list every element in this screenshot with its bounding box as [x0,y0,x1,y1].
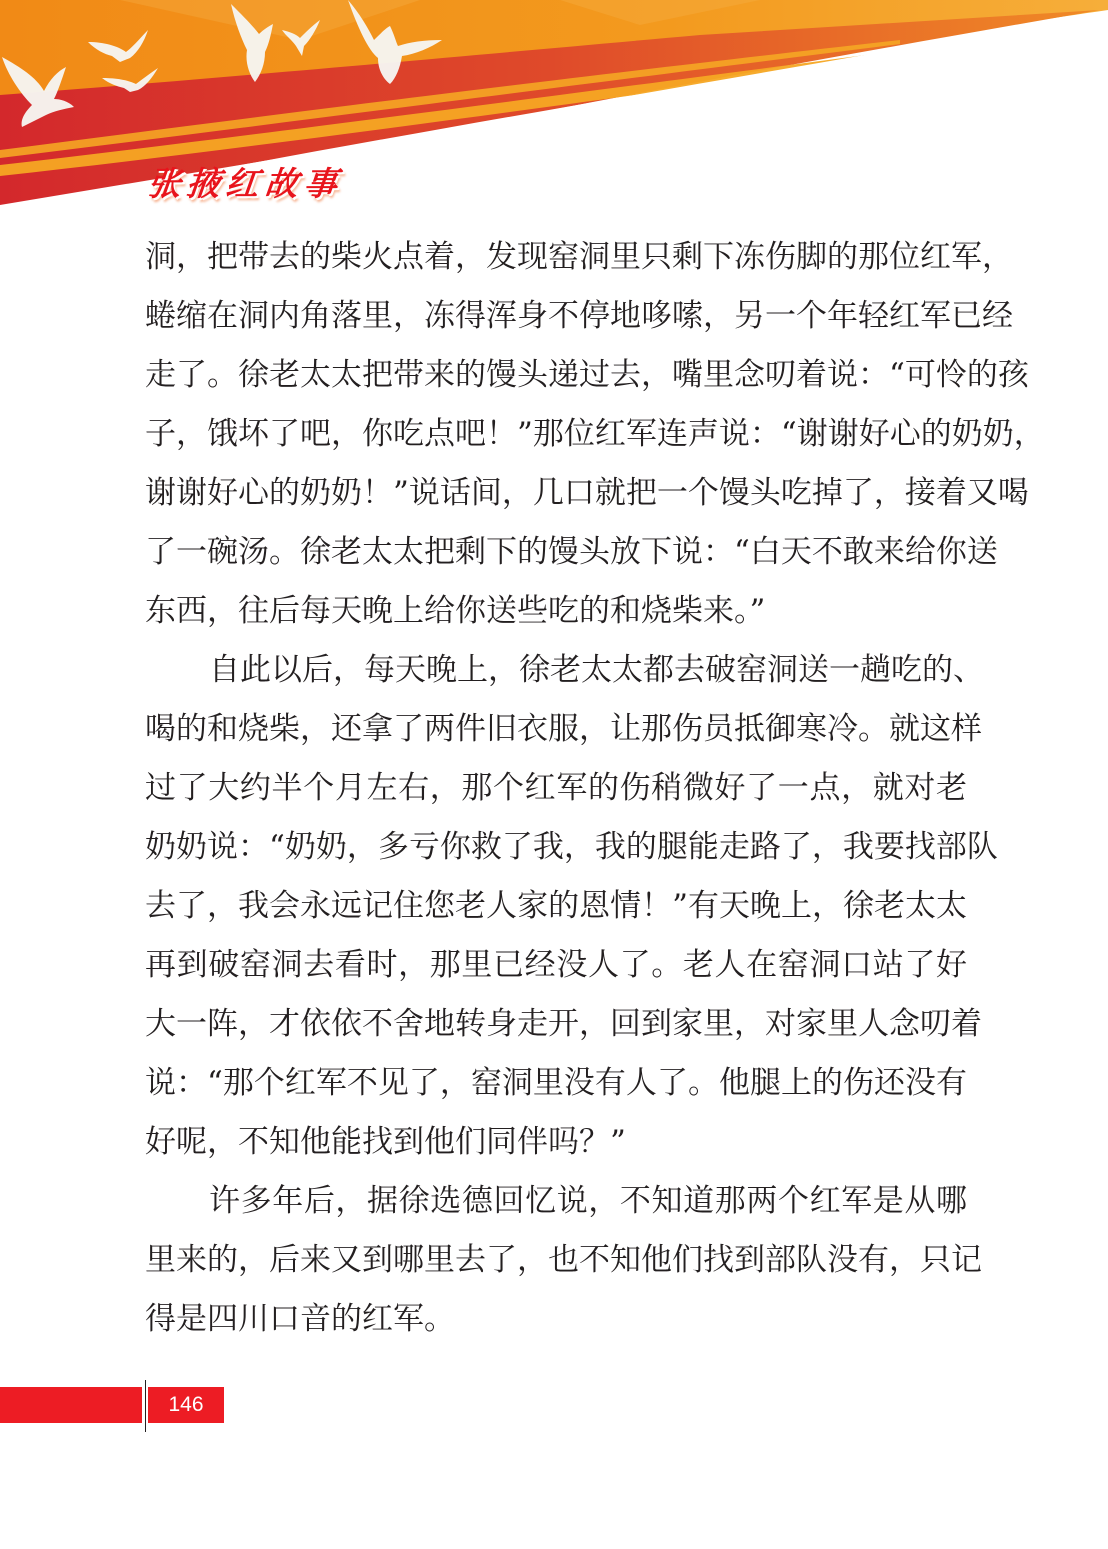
text-line: 了一碗汤。徐老太太把剩下的馒头放下说：“白天不敢来给你送 [145,527,967,586]
text-line: 洞，把带去的柴火点着，发现窑洞里只剩下冻伤脚的那位红军， [145,232,967,291]
text-line: 东西，往后每天晚上给你送些吃的和烧柴来。” [145,586,967,645]
text-line: 子，饿坏了吧，你吃点吧！”那位红军连声说：“谢谢好心的奶奶， [145,409,967,468]
text-line: 喝的和烧柴，还拿了两件旧衣服，让那伤员抵御寒冷。就这样 [145,704,967,763]
series-title: 张掖红故事 [146,158,346,205]
paragraph-start-line: 许多年后，据徐选德回忆说，不知道那两个红军是从哪 [145,1176,967,1235]
text-line: 再到破窑洞去看时，那里已经没人了。老人在窑洞口站了好 [145,940,967,999]
page-number: 146 [148,1387,224,1423]
text-line: 好呢，不知他能找到他们同伴吗？” [145,1117,967,1176]
text-line: 走了。徐老太太把带来的馒头递过去，嘴里念叨着说：“可怜的孩 [145,350,967,409]
footer-accent-bar [0,1387,142,1423]
text-line: 去了，我会永远记住您老人家的恩情！”有天晚上，徐老太太 [145,881,967,940]
footer-divider [145,1380,146,1432]
text-line: 里来的，后来又到哪里去了，也不知他们找到部队没有，只记 [145,1235,967,1294]
paragraph-start-line: 自此以后，每天晚上，徐老太太都去破窑洞送一趟吃的、 [145,645,967,704]
text-line: 蜷缩在洞内角落里，冻得浑身不停地哆嗦，另一个年轻红军已经 [145,291,967,350]
text-line: 得是四川口音的红军。 [145,1294,967,1353]
text-line: 说：“那个红军不见了，窑洞里没有人了。他腿上的伤还没有 [145,1058,967,1117]
body-text: 洞，把带去的柴火点着，发现窑洞里只剩下冻伤脚的那位红军， 蜷缩在洞内角落里，冻得… [145,232,967,1353]
text-line: 奶奶说：“奶奶，多亏你救了我，我的腿能走路了，我要找部队 [145,822,967,881]
text-line: 过了大约半个月左右，那个红军的伤稍微好了一点，就对老 [145,763,967,822]
text-line: 大一阵，才依依不舍地转身走开，回到家里，对家里人念叨着 [145,999,967,1058]
text-line: 谢谢好心的奶奶！”说话间，几口就把一个馒头吃掉了，接着又喝 [145,468,967,527]
